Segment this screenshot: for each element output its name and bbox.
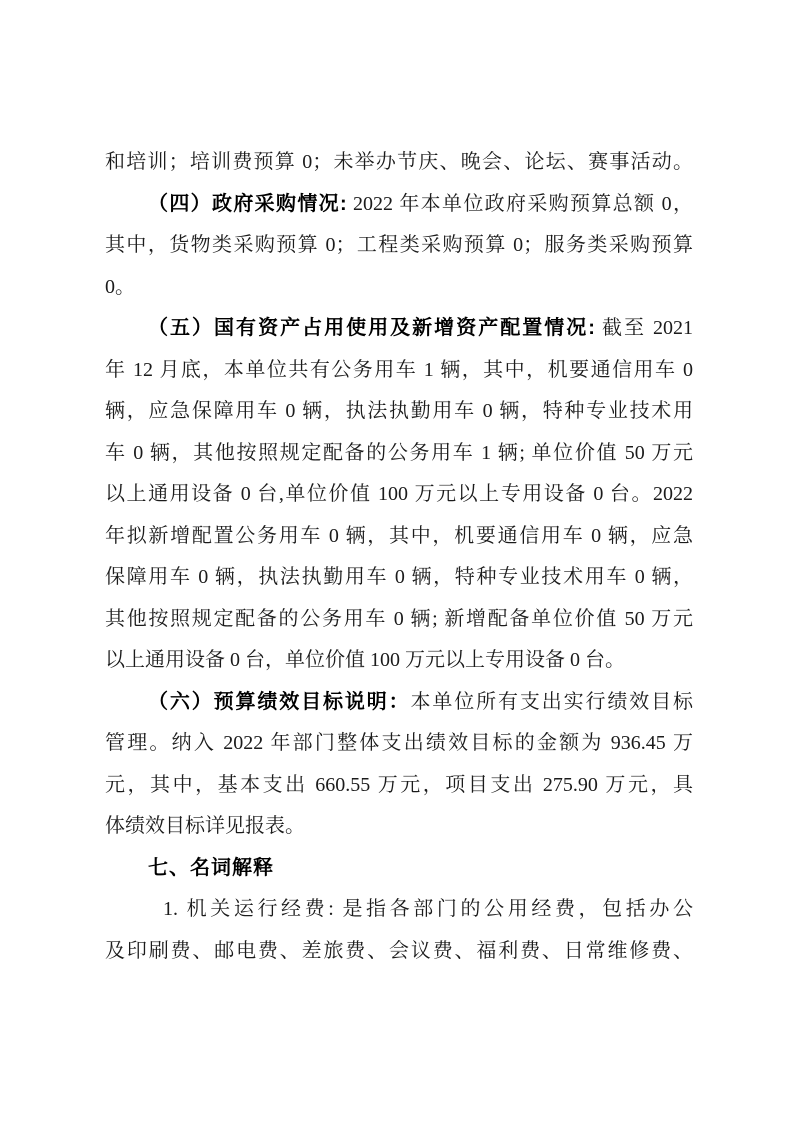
text-run: 本单位所有支出实行绩效目标 <box>411 691 694 713</box>
text-run: 保障用车 0 辆，执法执勤用车 0 辆，特种专业技术用车 0 辆， <box>105 566 693 588</box>
text-run: 截至 2021 <box>595 317 693 339</box>
text-run: 以上通用设备 0 台，单位价值 100 万元以上专用设备 0 台。 <box>105 649 625 671</box>
text-line: 0。 <box>105 267 693 309</box>
text-line-section-5: （五）国有资产占用使用及新增资产配置情况: 截至 2021 <box>105 308 693 350</box>
text-line: 体绩效目标详见报表。 <box>105 806 693 848</box>
text-line: 和培训；培训费预算 0；未举办节庆、晚会、论坛、赛事活动。 <box>105 142 693 184</box>
text-run: 及印刷费、邮电费、差旅费、会议费、福利费、日常维修费、 <box>105 940 693 962</box>
text-line-section-6: （六）预算绩效目标说明：本单位所有支出实行绩效目标 <box>105 682 693 724</box>
text-line: 辆，应急保障用车 0 辆，执法执勤用车 0 辆，特种专业技术用 <box>105 391 693 433</box>
text-run: 和培训；培训费预算 0；未举办节庆、晚会、论坛、赛事活动。 <box>105 151 693 173</box>
text-line: 年 12 月底，本单位共有公务用车 1 辆，其中，机要通信用车 0 <box>105 350 693 392</box>
text-run: 以上通用设备 0 台,单位价值 100 万元以上专用设备 0 台。2022 <box>105 483 693 505</box>
text-run: 体绩效目标详见报表。 <box>105 815 305 837</box>
text-line: 其他按照规定配备的公务用车 0 辆; 新增配备单位价值 50 万元 <box>105 599 693 641</box>
text-line: 及印刷费、邮电费、差旅费、会议费、福利费、日常维修费、 <box>105 931 693 973</box>
text-line: 以上通用设备 0 台,单位价值 100 万元以上专用设备 0 台。2022 <box>105 474 693 516</box>
section-5-heading: （五）国有资产占用使用及新增资产配置情况: <box>148 317 595 339</box>
text-line-section-4: （四）政府采购情况: 2022 年本单位政府采购预算总额 0， <box>105 184 693 226</box>
text-line: 车 0 辆，其他按照规定配备的公务用车 1 辆; 单位价值 50 万元 <box>105 433 693 475</box>
text-run: 管理。纳入 2022 年部门整体支出绩效目标的金额为 936.45 万 <box>105 732 693 754</box>
section-4-heading: （四）政府采购情况: <box>148 193 347 215</box>
section-6-heading: （六）预算绩效目标说明： <box>148 691 411 713</box>
text-line: 年拟新增配置公务用车 0 辆，其中，机要通信用车 0 辆，应急 <box>105 516 693 558</box>
text-run: 年 12 月底，本单位共有公务用车 1 辆，其中，机要通信用车 0 <box>105 359 693 381</box>
text-run: 0。 <box>105 276 135 298</box>
text-line: 以上通用设备 0 台，单位价值 100 万元以上专用设备 0 台。 <box>105 640 693 682</box>
text-line-term-1: 1. 机关运行经费: 是指各部门的公用经费，包括办公 <box>105 889 693 931</box>
text-run: 1. 机关运行经费: 是指各部门的公用经费，包括办公 <box>163 898 693 920</box>
text-line: 元，其中，基本支出 660.55 万元，项目支出 275.90 万元，具 <box>105 765 693 807</box>
text-line: 管理。纳入 2022 年部门整体支出绩效目标的金额为 936.45 万 <box>105 723 693 765</box>
chapter-7-heading: 七、名词解释 <box>148 857 274 879</box>
text-run: 辆，应急保障用车 0 辆，执法执勤用车 0 辆，特种专业技术用 <box>105 400 693 422</box>
text-line-chapter-7-heading: 七、名词解释 <box>105 848 693 890</box>
text-run: 元，其中，基本支出 660.55 万元，项目支出 275.90 万元，具 <box>105 774 693 796</box>
text-run: 车 0 辆，其他按照规定配备的公务用车 1 辆; 单位价值 50 万元 <box>105 442 693 464</box>
text-run: 其中，货物类采购预算 0；工程类采购预算 0；服务类采购预算 <box>105 234 693 256</box>
text-run: 年拟新增配置公务用车 0 辆，其中，机要通信用车 0 辆，应急 <box>105 525 693 547</box>
text-line: 其中，货物类采购预算 0；工程类采购预算 0；服务类采购预算 <box>105 225 693 267</box>
document-page: 和培训；培训费预算 0；未举办节庆、晚会、论坛、赛事活动。 （四）政府采购情况:… <box>0 0 793 1122</box>
text-run: 2022 年本单位政府采购预算总额 0， <box>347 193 693 215</box>
document-body: 和培训；培训费预算 0；未举办节庆、晚会、论坛、赛事活动。 （四）政府采购情况:… <box>105 142 693 972</box>
text-run: 其他按照规定配备的公务用车 0 辆; 新增配备单位价值 50 万元 <box>105 608 693 630</box>
text-line: 保障用车 0 辆，执法执勤用车 0 辆，特种专业技术用车 0 辆， <box>105 557 693 599</box>
